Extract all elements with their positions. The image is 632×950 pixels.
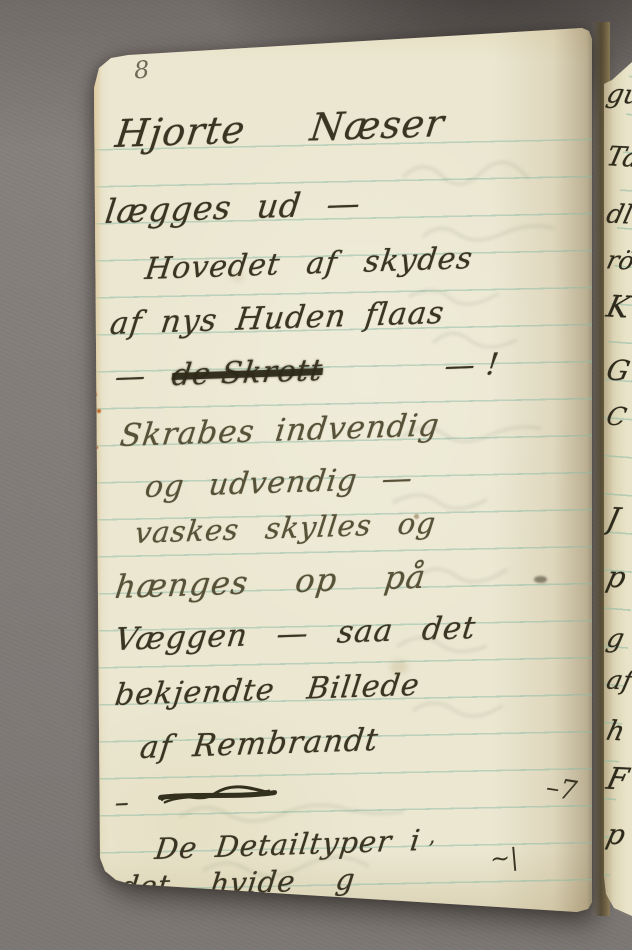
bleedthrough-ghost-writing [384, 406, 584, 736]
scribble-line-prefix: – [113, 785, 132, 819]
rust-stain [89, 427, 96, 433]
page-deckle-edge [84, 56, 102, 912]
notebook-left-page: 8 Hjorte Næser lægges ud — Hovedet af sk… [84, 26, 594, 912]
rust-stain [97, 409, 101, 413]
facing-page-text-fragment: Ta [604, 141, 632, 174]
margin-mark: –7 [544, 772, 579, 807]
notebook-photo: 8 Hjorte Næser lægges ud — Hovedet af sk… [0, 0, 632, 950]
margin-mark: ~| [489, 843, 520, 873]
rust-stain [95, 446, 98, 449]
rust-stain [91, 392, 97, 397]
struck-line-prefix: — [113, 359, 148, 395]
facing-page-text-fragment: rö [604, 245, 632, 275]
facing-page-text-fragment: gu [604, 79, 632, 111]
page-number: 8 [133, 56, 150, 85]
facing-page-edge: gu Ta dl rö K G C J p g af h F p [604, 36, 632, 916]
foxing-spot [232, 272, 244, 282]
rust-stain [88, 554, 92, 559]
struck-out-words: de Skrott [170, 353, 325, 393]
bleedthrough-ghost-writing [164, 786, 464, 896]
bleedthrough-ghost-writing [394, 146, 584, 356]
facing-page-text-fragment: dl [604, 199, 632, 230]
